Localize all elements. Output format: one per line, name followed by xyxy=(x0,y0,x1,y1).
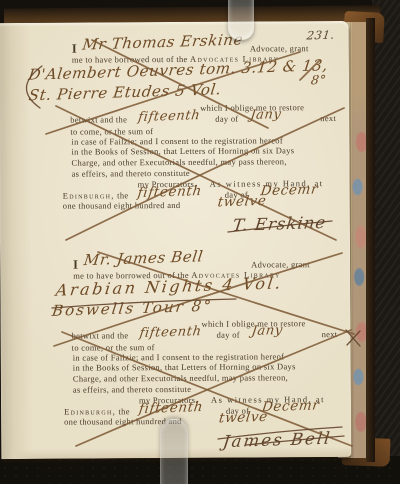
the-word: the xyxy=(117,190,128,200)
return-day-handwritten: fifteenth xyxy=(137,109,201,125)
day-of-text: day of xyxy=(217,331,240,340)
book-format-octavo: 8° xyxy=(310,73,327,87)
return-month-handwritten: Jany xyxy=(251,324,284,339)
charge-line: Charge, and other Executorials needful, … xyxy=(73,373,288,384)
book-title-line-2: Boswells Tour 8° xyxy=(51,298,214,320)
binding-edge xyxy=(366,18,375,462)
year-prefix-line: one thousand eight hundred and xyxy=(63,201,181,211)
next-word: next xyxy=(320,114,336,123)
signed-month-handwritten: Decemr xyxy=(261,398,320,415)
printed-form-body: which I oblige me to restore betwixt and… xyxy=(0,103,350,255)
book-title-line-2: St. Pierre Etudes 5 Vol. xyxy=(28,81,223,104)
effeirs-line: as effeirs, and thereto constitute xyxy=(73,385,191,395)
effeirs-line: as effeirs, and thereto constitute xyxy=(72,169,190,179)
betwixt-prefix: betwixt and the xyxy=(72,331,129,341)
borrower-name-handwritten: Mr Thomas Erskine xyxy=(81,31,244,53)
year-word-handwritten: twelve xyxy=(218,410,269,426)
next-word: next xyxy=(322,330,338,339)
return-day-handwritten: fifteenth xyxy=(139,325,203,341)
transparent-book-strap-bottom xyxy=(160,419,188,484)
borrower-name-handwritten: Mr. James Bell xyxy=(83,248,204,268)
edinburgh-word: Edinburgh, xyxy=(63,190,115,200)
return-month-handwritten: Jany xyxy=(249,108,282,123)
book-cover-right xyxy=(372,0,400,484)
transparent-book-strap-top xyxy=(228,0,254,40)
charge-line: Charge, and other Executorials needful, … xyxy=(72,157,287,168)
book-photo: 231. I Mr Thomas Erskine Advocate, grant… xyxy=(0,0,400,484)
betwixt-prefix: betwixt and the xyxy=(70,115,127,125)
edinburgh-word: Edinburgh, xyxy=(64,406,116,416)
signed-day-handwritten: fifteenth xyxy=(137,184,203,201)
signed-month-handwritten: Decemr xyxy=(260,182,319,199)
year-word-handwritten: twelve xyxy=(217,194,268,210)
borrow-entry-erskine: I Mr Thomas Erskine Advocate, grant me t… xyxy=(0,41,350,255)
signature-handwritten: James Bell xyxy=(222,430,333,452)
manuscript-page: 231. I Mr Thomas Erskine Advocate, grant… xyxy=(0,21,351,459)
signature-handwritten: T. Erskine xyxy=(232,214,328,235)
signed-day-handwritten: fifteenth xyxy=(138,400,204,417)
day-of-text: day of xyxy=(215,115,238,124)
the-word: the xyxy=(118,406,129,416)
session-line: in the Books of Session, that Letters of… xyxy=(71,146,294,157)
session-line: in the Books of Session, that Letters of… xyxy=(73,362,296,373)
